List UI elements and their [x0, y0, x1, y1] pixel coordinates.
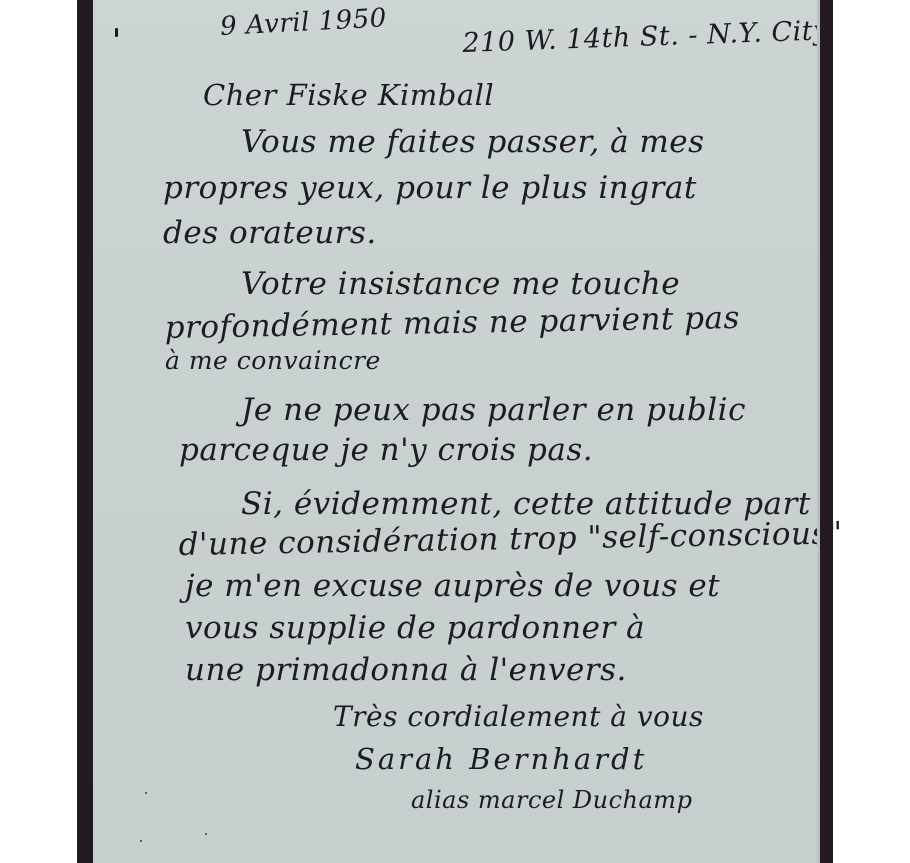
- body-line: je m'en excuse auprès de vous et: [185, 568, 720, 604]
- body-line: Votre insistance me touche: [241, 266, 680, 302]
- paper-speck: [205, 833, 207, 835]
- body-line: d'une considération trop "self-conscious…: [178, 515, 843, 563]
- signature-alias: alias marcel Duchamp: [411, 786, 692, 814]
- paper-speck: [140, 840, 142, 842]
- body-line: profondément mais ne parvient pas: [164, 300, 740, 346]
- body-line: Je ne peux pas parler en public: [241, 392, 746, 428]
- body-line: à me convaincre: [165, 346, 381, 375]
- body-line: vous supplie de pardonner à: [185, 610, 645, 646]
- body-line: des orateurs.: [163, 215, 377, 251]
- letter-date: 9 Avril 1950: [219, 3, 387, 42]
- body-line: parceque je n'y crois pas.: [179, 432, 593, 468]
- letter-paper: 9 Avril 1950 210 W. 14th St. - N.Y. City…: [93, 0, 820, 863]
- body-line: Vous me faites passer, à mes: [241, 124, 705, 160]
- closing: Très cordialement à vous: [333, 700, 704, 733]
- paper-speck: [145, 792, 147, 794]
- sender-address: 210 W. 14th St. - N.Y. City: [462, 15, 829, 59]
- scan-border-right: [820, 0, 833, 863]
- signature: Sarah Bernhardt: [355, 742, 647, 776]
- ink-mark: [115, 28, 118, 37]
- salutation: Cher Fiske Kimball: [203, 78, 494, 112]
- body-line: propres yeux, pour le plus ingrat: [163, 170, 697, 206]
- scan-border-left: [77, 0, 93, 863]
- body-line: une primadonna à l'envers.: [185, 652, 627, 688]
